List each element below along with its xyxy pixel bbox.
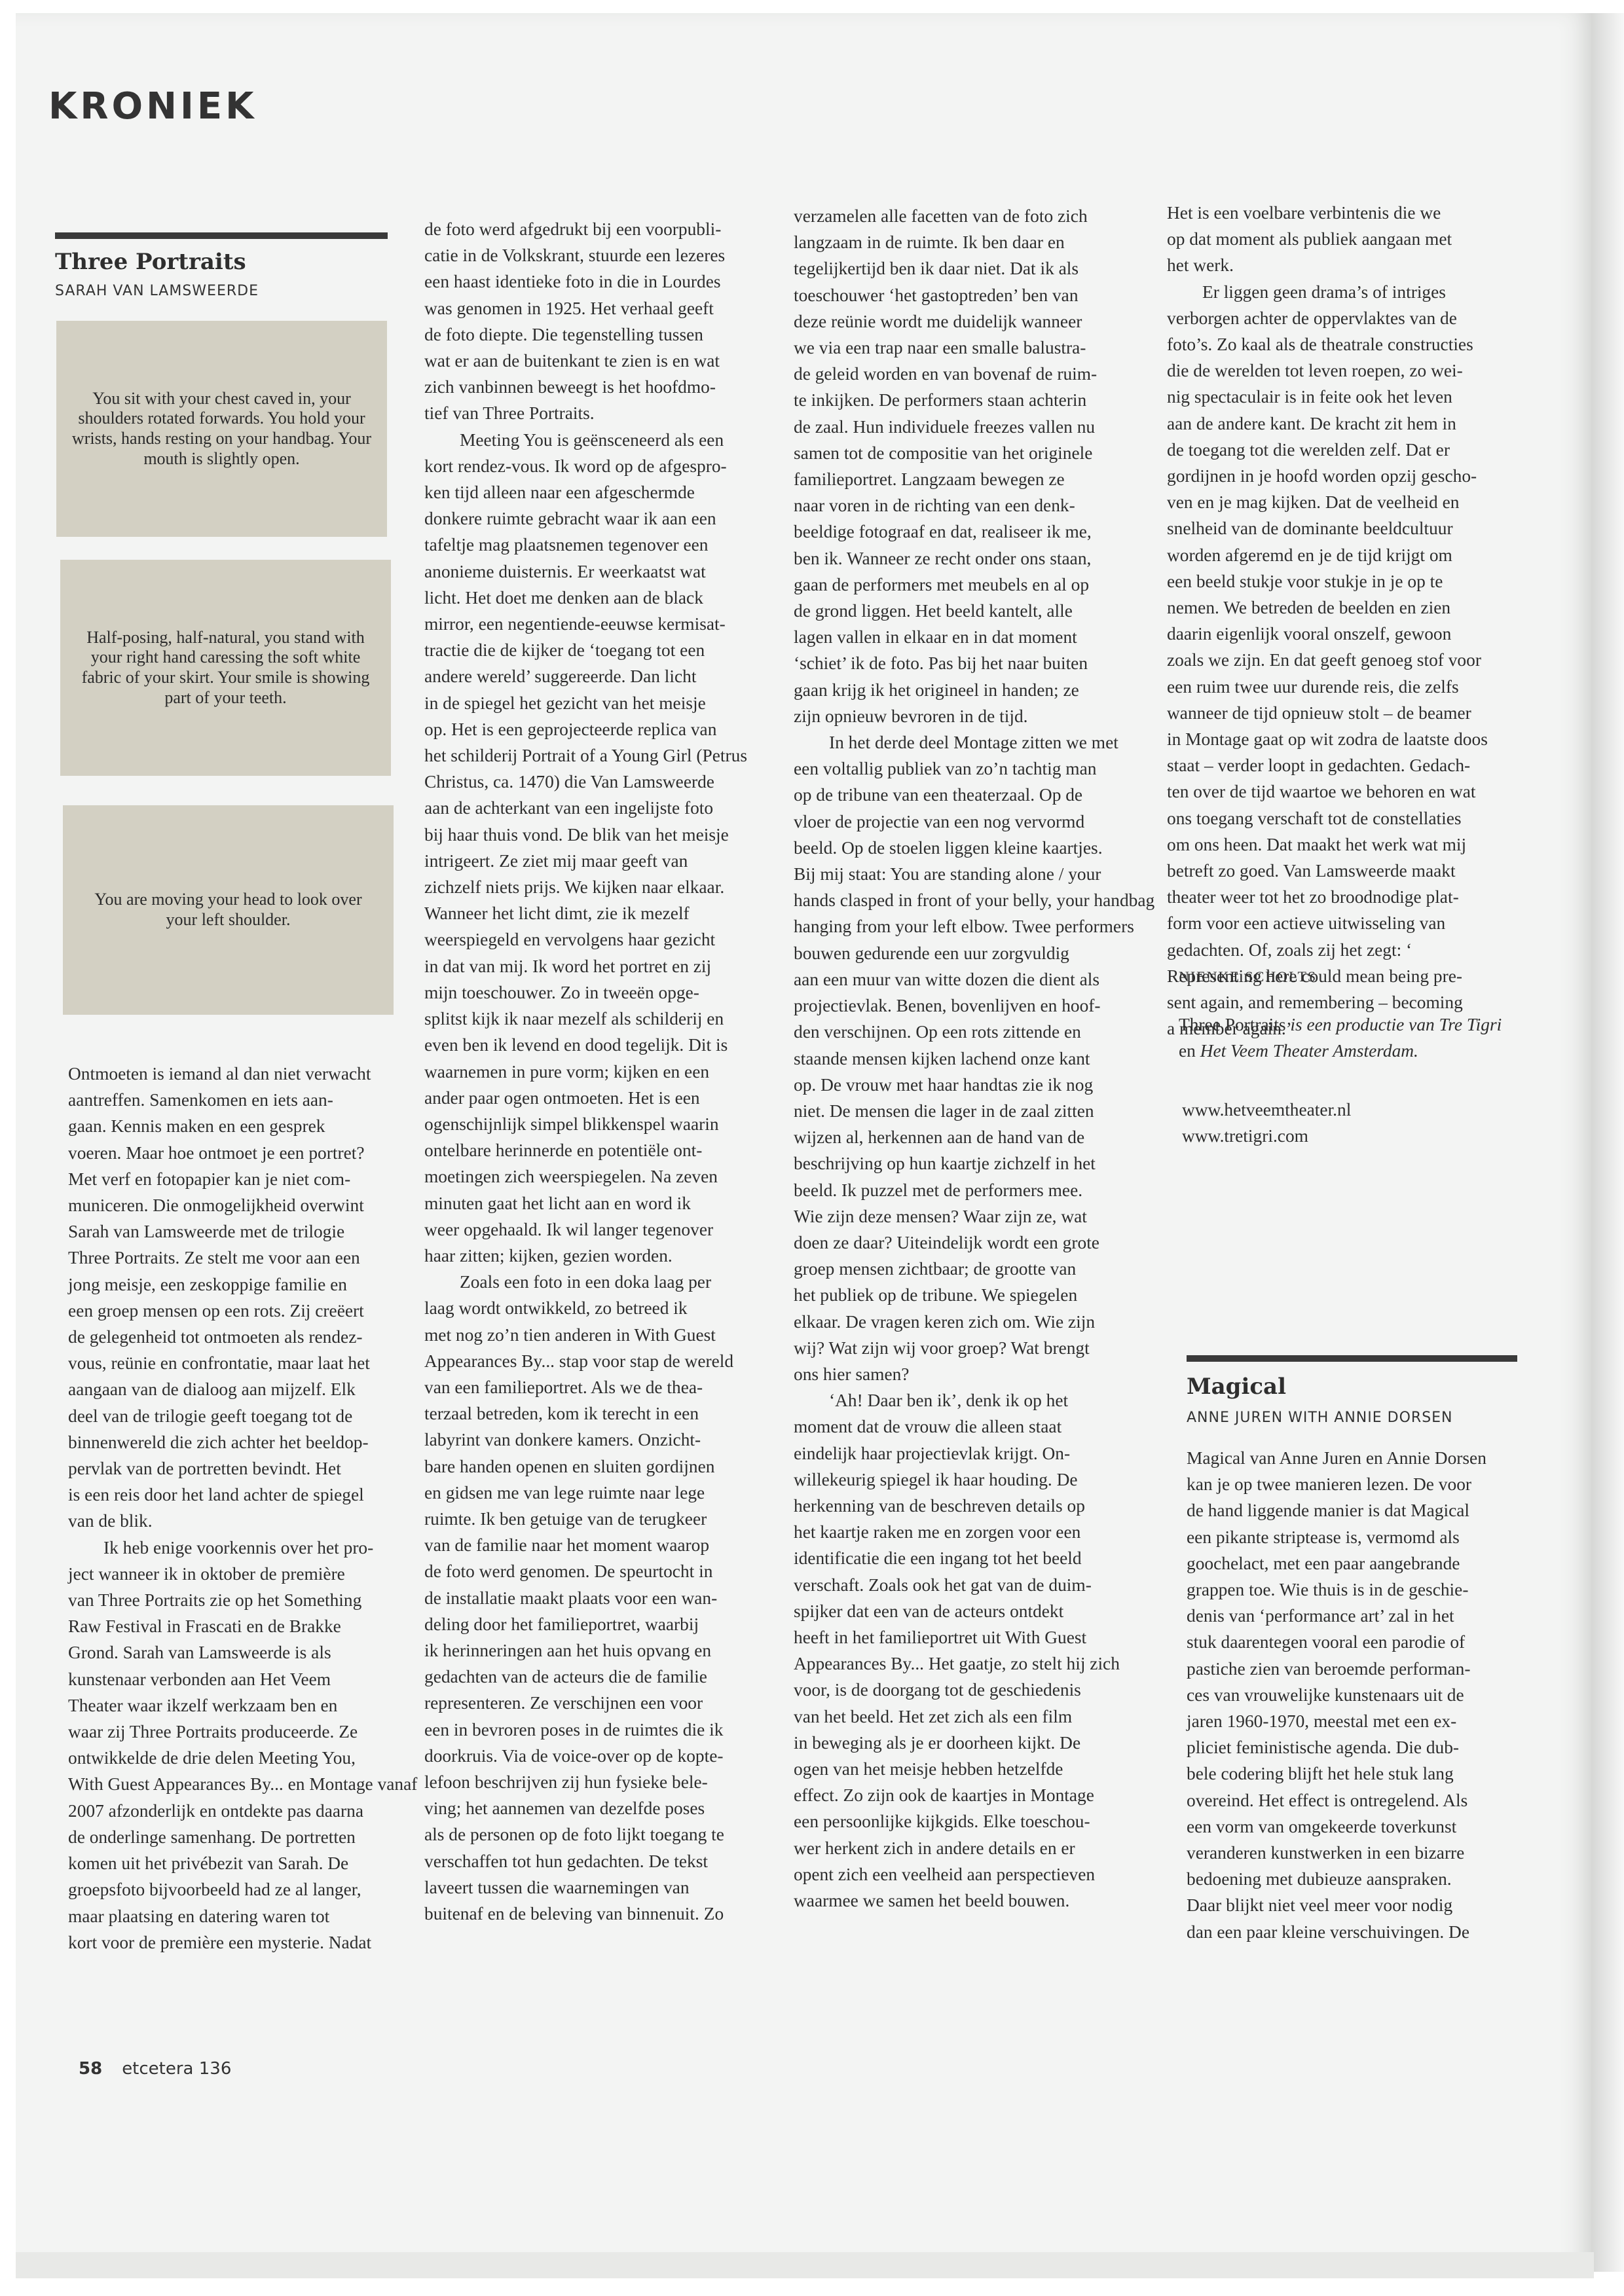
text-line: Wie zijn deze mensen? Waar zijn ze, wat [794,1203,1144,1230]
text-line: familieportret. Langzaam bewegen ze [794,466,1144,492]
text-line: jaren 1960-1970, meestal met een ex- [1187,1708,1537,1734]
text-line: op. Het is een geprojecteerde replica va… [424,716,775,742]
text-line: ruimte. Ik ben getuige van de terugkeer [424,1506,775,1532]
text-line: projectievlak. Benen, bovenlijven en hoo… [794,993,1144,1019]
text-line: hands clasped in front of your belly, yo… [794,887,1144,913]
text-line: een voltallig publiek van zo’n tachtig m… [794,756,1144,782]
text-line: om ons heen. Dat maakt het werk wat mij [1167,831,1517,858]
text-line: nig spectaculair is in feite ook het lev… [1167,384,1517,410]
text-line: in dat van mij. Ik word het portret en z… [424,953,775,979]
text-line: ‘Ah! Daar ben ik’, denk ik op het [794,1387,1144,1413]
text-line: even ben ik levend en dood tegelijk. Dit… [424,1032,775,1058]
text-line: foto’s. Zo kaal als de theatrale constru… [1167,331,1517,357]
text-line: ik herinneringen aan het huis opvang en [424,1637,775,1664]
text-line: identificatie die een ingang tot het bee… [794,1545,1144,1571]
text-line: den verschijnen. Op een rots zittende en [794,1019,1144,1045]
article-divider [1187,1355,1517,1362]
text-line: die de werelden tot leven roepen, zo wei… [1167,357,1517,384]
text-line: de zaal. Hun individuele freezes vallen … [794,414,1144,440]
text-line: Ontmoeten is iemand al dan niet verwacht [68,1061,418,1087]
text-line: theater weer tot het zo broodnodige plat… [1167,884,1517,910]
text-line: aangaan van de dialoog aan mijzelf. Elk [68,1376,418,1402]
text-line: andere wereld’ suggereerde. Dan licht [424,663,775,689]
text-line: ons hier samen? [794,1361,1144,1387]
page-footer: 58etcetera 136 [79,2059,231,2079]
text-line: van de familie naar het moment waarop [424,1532,775,1558]
text-line: verzamelen alle facetten van de foto zic… [794,203,1144,229]
text-line: van de blik. [68,1508,418,1534]
text-line: wij? Wat zijn wij voor groep? Wat brengt [794,1335,1144,1361]
text-line: ogenschijnlijk simpel blikkenspel waarin [424,1111,775,1137]
section-heading: KRONIEK [48,85,257,128]
text-line: ogen van het meisje hebben hetzelfde [794,1756,1144,1782]
text-line: 2007 afzonderlijk en ontdekte pas daarna [68,1798,418,1824]
text-line: een pikante striptease is, vermomd als [1187,1524,1537,1550]
text-line: elkaar. De vragen keren zich om. Wie zij… [794,1309,1144,1335]
text-line: municeren. Die onmogelijkheid overwint [68,1192,418,1218]
text-line: niet. De mensen die lager in de zaal zit… [794,1098,1144,1124]
text-line: een ruim twee uur durende reis, die zelf… [1167,674,1517,700]
text-line: samen tot de compositie van het originel… [794,440,1144,466]
text-line: With Guest Appearances By... en Montage … [68,1771,418,1797]
body-column-4: Het is een voelbare verbintenis die weop… [1167,200,1517,1042]
text-line: gaan krijg ik het origineel in handen; z… [794,677,1144,703]
text-line: doen ze daar? Uiteindelijk wordt een gro… [794,1230,1144,1256]
text-line: gordijnen in je hoofd worden opzij gesch… [1167,463,1517,489]
text-line: Raw Festival in Frascati en de Brakke [68,1613,418,1639]
text-line: gaan de performers met meubels en al op [794,572,1144,598]
text-line: mijn toeschouwer. Zo in tweeën opge- [424,979,775,1006]
text-line: Sarah van Lamsweerde met de trilogie [68,1218,418,1245]
text-line: heeft in het familieportret uit With Gue… [794,1624,1144,1650]
quote-card-3: You are moving your head to look over yo… [63,805,394,1015]
text-line: waarmee we samen het beeld bouwen. [794,1887,1144,1914]
text-line: de hand liggende manier is dat Magical [1187,1497,1537,1523]
text-line: ‘schiet’ ik de foto. Pas bij het naar bu… [794,650,1144,676]
text-line: de onderlinge samenhang. De portretten [68,1824,418,1850]
text-line: doorkruis. Via de voice-over op de kopte… [424,1743,775,1769]
text-line: het werk. [1167,252,1517,278]
text-line: we via een trap naar een smalle balustra… [794,335,1144,361]
text-line: pervlak van de portretten bevindt. Het [68,1455,418,1482]
body-column-5: Magical van Anne Juren en Annie Dorsenka… [1187,1445,1537,1945]
text-line: labyrint van donkere kamers. Onzicht- [424,1427,775,1453]
text-line: mirror, een negentiende-eeuwse kermisat- [424,611,775,637]
text-line: terzaal betreden, kom ik terecht in een [424,1400,775,1427]
text-line: Bij mij staat: You are standing alone / … [794,861,1144,887]
text-line: ces van vrouwelijke kunstenaars uit de [1187,1682,1537,1708]
text-line: op de tribune van een theaterzaal. Op de [794,782,1144,808]
text-line: het publiek op de tribune. We spiegelen [794,1282,1144,1308]
text-line: tief van Three Portraits. [424,400,775,426]
text-line: minuten gaat het licht aan en word ik [424,1190,775,1216]
text-line: in de spiegel het gezicht van het meisje [424,690,775,716]
text-line: buitenaf en de beleving van binnenuit. Z… [424,1901,775,1927]
text-line: bedoening met dubieuze aanspraken. [1187,1866,1537,1892]
text-line: naar voren in de richting van een denk- [794,492,1144,519]
text-line: de grond liggen. Het beeld kantelt, alle [794,598,1144,624]
text-line: donkere ruimte gebracht waar ik aan een [424,505,775,532]
text-line: spijker dat een van de acteurs ontdekt [794,1598,1144,1624]
article-divider [55,232,388,239]
text-line: moetingen zich weerspiegelen. Na zeven [424,1163,775,1190]
text-line: in beweging als je er doorheen kijkt. De [794,1730,1144,1756]
text-line: deel van de trilogie geeft toegang tot d… [68,1403,418,1429]
text-line: aan de achterkant van een ingelijste fot… [424,795,775,821]
text-line: goochelact, met een paar aangebrande [1187,1550,1537,1576]
text-line: Ik heb enige voorkennis over het pro- [68,1535,418,1561]
text-line: langzaam in de ruimte. Ik ben daar en [794,229,1144,255]
text-line: catie in de Volkskrant, stuurde een leze… [424,242,775,268]
magazine-issue: etcetera 136 [122,2059,231,2079]
text-line: zichzelf niets prijs. We kijken naar elk… [424,874,775,900]
text-line: snelheid van de dominante beeldcultuur [1167,515,1517,541]
text-line: de geleid worden en van bovenaf de ruim- [794,361,1144,387]
article-title: Magical [1187,1374,1286,1400]
text-line: tafeltje mag plaatsnemen tegenover een [424,532,775,558]
text-line: de installatie maakt plaats voor een wan… [424,1585,775,1611]
text-line: pastiche zien van beroemde performan- [1187,1656,1537,1682]
text-line: verborgen achter de oppervlaktes van de [1167,305,1517,331]
text-line: aantreffen. Samenkomen en iets aan- [68,1087,418,1113]
text-line: was genomen in 1925. Het verhaal geeft [424,295,775,321]
text-line: dan een paar kleine verschuivingen. De [1187,1919,1537,1945]
text-line: komen uit het privébezit van Sarah. De [68,1850,418,1876]
text-line: effect. Zo zijn ook de kaartjes in Monta… [794,1782,1144,1808]
text-line: zich vanbinnen beweegt is het hoofdmo- [424,374,775,400]
text-line: als de personen op de foto lijkt toegang… [424,1821,775,1848]
text-line: overeind. Het effect is ontregelend. Als [1187,1787,1537,1813]
page-edge-shadow [1591,13,1624,2272]
text-line: hanging from your left elbow. Twee perfo… [794,913,1144,939]
text-line: ons toegang verschaft tot de constellati… [1167,805,1517,831]
text-line: staande mensen kijken lachend onze kant [794,1046,1144,1072]
text-line: ontelbare herinnerde en potentiële ont- [424,1137,775,1163]
text-line: lagen vallen in elkaar en in dat moment [794,624,1144,650]
text-line: zoals we zijn. En dat geeft genoeg stof … [1167,647,1517,673]
quote-card-text: Half-posing, half-natural, you stand wit… [75,628,377,708]
text-line: willekeurig spiegel ik haar houding. De [794,1467,1144,1493]
text-line: Er liggen geen drama’s of intriges [1167,279,1517,305]
text-line: beeld. Ik puzzel met de performers mee. [794,1177,1144,1203]
link-tretigri[interactable]: www.tretigri.com [1182,1123,1532,1149]
text-line: waar zij Three Portraits produceerde. Ze [68,1719,418,1745]
text-line: verschaft. Zoals ook het gat van de duim… [794,1572,1144,1598]
text-line: beschrijving op hun kaartje zichzelf in … [794,1150,1144,1176]
text-line: Three Portraits. Ze stelt me voor aan ee… [68,1245,418,1271]
text-line: vloer de projectie van een nog vervormd [794,809,1144,835]
text-line: ject wanneer ik in oktober de première [68,1561,418,1587]
text-line: betreft zo goed. Van Lamsweerde maakt [1167,858,1517,884]
quote-card-2: Half-posing, half-natural, you stand wit… [60,560,391,776]
text-line: splitst kijk ik naar mezelf als schilder… [424,1006,775,1032]
text-line: voeren. Maar hoe ontmoet je een portret? [68,1140,418,1166]
text-line: vous, reünie en confrontatie, maar laat … [68,1350,418,1376]
text-line: nemen. We betreden de beelden en zien [1167,594,1517,621]
text-line: waarnemen in pure vorm; kijken en een [424,1059,775,1085]
text-line: worden afgeremd en je de tijd krijgt om [1167,542,1517,568]
text-line: licht. Het doet me denken aan de black [424,585,775,611]
quote-card-text: You sit with your chest caved in, your s… [71,389,373,469]
text-line: verschaffen tot hun gedachten. De tekst [424,1848,775,1874]
text-line: toeschouwer ‘het gastoptreden’ ben van [794,282,1144,308]
body-column-1: Ontmoeten is iemand al dan niet verwacht… [68,1061,418,1956]
text-line: Het is een voelbare verbintenis die we [1167,200,1517,226]
text-line: haar zitten; kijken, gezien worden. [424,1243,775,1269]
text-line: van Three Portraits zie op het Something [68,1587,418,1613]
text-line: opent zich een veelheid aan perspectieve… [794,1861,1144,1887]
text-line: stuk daarentegen vooral een parodie of [1187,1629,1537,1655]
text-line: wer herkent zich in andere details en er [794,1835,1144,1861]
text-line: ontwikkelde de drie delen Meeting You, [68,1745,418,1771]
text-line: voor, is de doorgang tot de geschiedenis [794,1677,1144,1703]
text-line: daarin eigenlijk vooral onszelf, gewoon [1167,621,1517,647]
text-line: Daar blijkt niet veel meer voor nodig [1187,1892,1537,1918]
text-line: groep mensen zichtbaar; de grootte van [794,1256,1144,1282]
text-line: tegelijkertijd ben ik daar niet. Dat ik … [794,255,1144,282]
text-line: In het derde deel Montage zitten we met [794,729,1144,756]
text-line: Grond. Sarah van Lamsweerde is als [68,1639,418,1666]
text-line: van het beeld. Het zet zich als een film [794,1704,1144,1730]
text-line: staat – verder loopt in gedachten. Gedac… [1167,752,1517,778]
text-line: Appearances By... stap voor stap de were… [424,1348,775,1374]
page-number: 58 [79,2059,102,2079]
text-line: zijn opnieuw bevroren in de tijd. [794,703,1144,729]
text-line: bij haar thuis vond. De blik van het mei… [424,822,775,848]
text-line: wijzen al, herkennen aan de hand van de [794,1124,1144,1150]
text-line: kort voor de première een mysterie. Nada… [68,1929,418,1956]
text-line: deling door het familieportret, waarbij [424,1611,775,1637]
text-line: lefoon beschrijven zij hun fysieke bele- [424,1769,775,1795]
text-line: gedachten. Of, zoals zij het zegt: ‘ [1167,937,1517,963]
text-line: een vorm van omgekeerde toverkunst [1187,1813,1537,1840]
text-line: binnenwereld die zich achter het beeldop… [68,1429,418,1455]
credit-text: is een productie van Tre Tigri [1286,1015,1502,1034]
text-line: te inkijken. De performers staan achteri… [794,387,1144,413]
article-byline: SARAH VAN LAMSWEERDE [55,283,259,299]
text-line: een in bevroren poses in de ruimtes die … [424,1717,775,1743]
text-line: met nog zo’n tien anderen in With Guest [424,1322,775,1348]
text-line: deze reünie wordt me duidelijk wanneer [794,308,1144,335]
text-line: de foto diepte. Die tegenstelling tussen [424,321,775,348]
text-line: het kaartje raken me en zorgen voor een [794,1519,1144,1545]
text-line: een groep mensen op een rots. Zij creëer… [68,1298,418,1324]
text-line: aan de andere kant. De kracht zit hem in [1167,410,1517,437]
text-line: beeldige fotograaf en dat, realiseer ik … [794,519,1144,545]
text-line: veranderen kunstwerken in een bizarre [1187,1840,1537,1866]
text-line: een beeld stukje voor stukje in je op te [1167,568,1517,594]
text-line: en gidsen me van lege ruimte naar lege [424,1480,775,1506]
text-line: een haast identieke foto in die in Lourd… [424,268,775,295]
text-line: beeld. Op de stoelen liggen kleine kaart… [794,835,1144,861]
text-line: maar plaatsing en datering waren tot [68,1903,418,1929]
text-line: op dat moment als publiek aangaan met [1167,226,1517,252]
text-line: op. De vrouw met haar handtas zie ik nog [794,1072,1144,1098]
quote-card-text: You are moving your head to look over yo… [77,890,379,930]
text-line: aan een muur van witte dozen die dient a… [794,966,1144,993]
text-line: van een familieportret. Als we de thea- [424,1374,775,1400]
text-line: denis van ‘performance art’ zal in het [1187,1603,1537,1629]
author-signature: NIENKE SCHOLTS [1179,962,1529,990]
text-line: anonieme duisternis. Er weerkaatst wat [424,558,775,585]
text-line: wat er aan de buitenkant te zien is en w… [424,348,775,374]
credit-prefix: en [1179,1041,1200,1061]
text-line: Theater waar ikzelf werkzaam ben en [68,1692,418,1719]
scan-bottom-strip [16,2252,1594,2278]
text-line: bouwen gedurende een uur zorgvuldig [794,940,1144,966]
text-line: weerspiegeld en vervolgens haar gezicht [424,926,775,953]
text-line: moment dat de vrouw die alleen staat [794,1413,1144,1440]
text-line: het schilderij Portrait of a Young Girl … [424,742,775,769]
text-line: grappen toe. Wie thuis is in de geschie- [1187,1576,1537,1603]
text-line: is een reis door het land achter de spie… [68,1482,418,1508]
text-line: Appearances By... Het gaatje, zo stelt h… [794,1650,1144,1677]
quote-card-1: You sit with your chest caved in, your s… [56,321,387,537]
text-line: bare handen openen en sluiten gordijnen [424,1453,775,1480]
text-line: form voor een actieve uitwisseling van [1167,910,1517,936]
text-line: in Montage gaat op wit zodra de laatste … [1167,726,1517,752]
text-line: gaan. Kennis maken en een gesprek [68,1113,418,1139]
text-line: kort rendez-vous. Ik word op de afgespro… [424,453,775,479]
text-line: kan je op twee manieren lezen. De voor [1187,1471,1537,1497]
text-line: intrigeert. Ze ziet mij maar geeft van [424,848,775,874]
text-line: Magical van Anne Juren en Annie Dorsen [1187,1445,1537,1471]
text-line: laveert tussen die waarnemingen van [424,1874,775,1901]
text-line: een persoonlijke kijkgids. Elke toeschou… [794,1808,1144,1834]
text-line: de foto werd afgedrukt bij een voorpubli… [424,216,775,242]
text-line: bele codering blijft het hele stuk lang [1187,1760,1537,1787]
text-line: groepsfoto bijvoorbeeld had ze al langer… [68,1876,418,1903]
text-line: herkenning van de beschreven details op [794,1493,1144,1519]
text-line: Met verf en fotopapier kan je niet com- [68,1166,418,1192]
web-links: www.hetveemtheater.nl www.tretigri.com [1182,1097,1532,1149]
text-line: ken tijd alleen naar een afgeschermde [424,479,775,505]
body-column-3: verzamelen alle facetten van de foto zic… [794,203,1144,1914]
production-credit: Three Portraits is een productie van Tre… [1179,1011,1529,1064]
credit-work-title: Three Portraits [1179,1015,1286,1034]
text-line: ben ik. Wanneer ze recht onder ons staan… [794,545,1144,572]
text-line: weer opgehaald. Ik wil langer tegenover [424,1216,775,1243]
text-line: gedachten van de acteurs die de familie [424,1664,775,1690]
text-line: eindelijk haar projectievlak krijgt. On- [794,1440,1144,1467]
link-hetveemtheater[interactable]: www.hetveemtheater.nl [1182,1097,1532,1123]
text-line: de foto werd genomen. De speurtocht in [424,1558,775,1584]
text-line: representeren. Ze verschijnen een voor [424,1690,775,1716]
author-name: NIENKE SCHOLTS [1179,968,1317,985]
text-line: pliciet feministische agenda. Die dub- [1187,1734,1537,1760]
text-line: ving; het aannemen van dezelfde poses [424,1795,775,1821]
text-line: Zoals een foto in een doka laag per [424,1269,775,1295]
text-line: Meeting You is geënsceneerd als een [424,427,775,453]
article-title: Three Portraits [55,249,246,275]
credit-venue: Het Veem Theater Amsterdam. [1200,1041,1418,1061]
text-line: kunstenaar verbonden aan Het Veem [68,1666,418,1692]
text-line: tractie die de kijker de ‘toegang tot ee… [424,637,775,663]
article-byline: ANNE JUREN WITH ANNIE DORSEN [1187,1410,1453,1426]
text-line: ander paar ogen ontmoeten. Het is een [424,1085,775,1111]
text-line: de gelegenheid tot ontmoeten als rendez- [68,1324,418,1350]
text-line: ten over de tijd waartoe we behoren en w… [1167,778,1517,805]
text-line: wanneer de tijd opnieuw stolt – de beame… [1167,700,1517,726]
text-line: Christus, ca. 1470) die Van Lamsweerde [424,769,775,795]
text-line: jong meisje, een zeskoppige familie en [68,1271,418,1298]
text-line: laag wordt ontwikkeld, zo betreed ik [424,1295,775,1321]
text-line: ven en je mag kijken. Dat de veelheid en [1167,489,1517,515]
text-line: de toegang tot die werelden zelf. Dat er [1167,437,1517,463]
body-column-2: de foto werd afgedrukt bij een voorpubli… [424,216,775,1927]
text-line: Wanneer het licht dimt, zie ik mezelf [424,900,775,926]
